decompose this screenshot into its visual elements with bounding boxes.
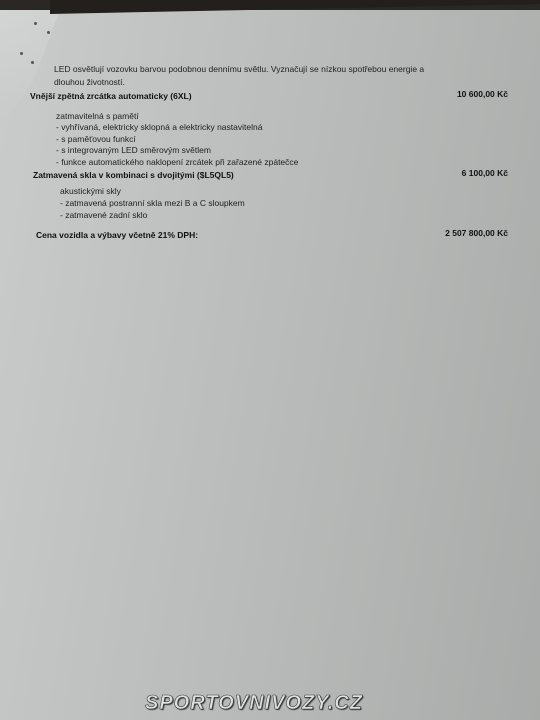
item-detail: akustickými skly <box>60 186 121 196</box>
item-price-mirrors: 10 600,00 Kč <box>457 89 508 99</box>
item-price-glass: 6 100,00 Kč <box>462 168 508 178</box>
punch-hole <box>20 52 23 55</box>
punch-hole <box>34 22 37 25</box>
item-title-glass: Zatmavená skla v kombinaci s dvojitými (… <box>33 170 234 180</box>
item-title-mirrors: Vnější zpětná zrcátka automaticky (6XL) <box>30 91 192 101</box>
intro-line: LED osvětlují vozovku barvou podobnou de… <box>54 64 424 74</box>
intro-line: dlouhou životností. <box>54 77 125 87</box>
item-detail: - zatmavené zadní sklo <box>60 210 147 220</box>
item-detail: - s paměťovou funkcí <box>56 134 136 144</box>
total-label: Cena vozidla a výbavy včetně 21% DPH: <box>36 230 198 240</box>
punch-hole <box>31 61 34 64</box>
item-detail: - funkce automatického naklopení zrcátek… <box>56 157 298 167</box>
item-detail: - vyhřívaná, elektricky sklopná a elektr… <box>56 122 262 132</box>
item-detail: - zatmavená postranní skla mezi B a C sl… <box>60 198 245 208</box>
watermark-logo: SPORTOVNIVOZY.CZ <box>145 692 363 715</box>
item-detail: zatmavitelná s pamětí <box>56 111 139 121</box>
total-value: 2 507 800,00 Kč <box>445 228 508 238</box>
punch-hole <box>47 31 50 34</box>
item-detail: - s integrovaným LED směrovým světlem <box>56 145 211 155</box>
